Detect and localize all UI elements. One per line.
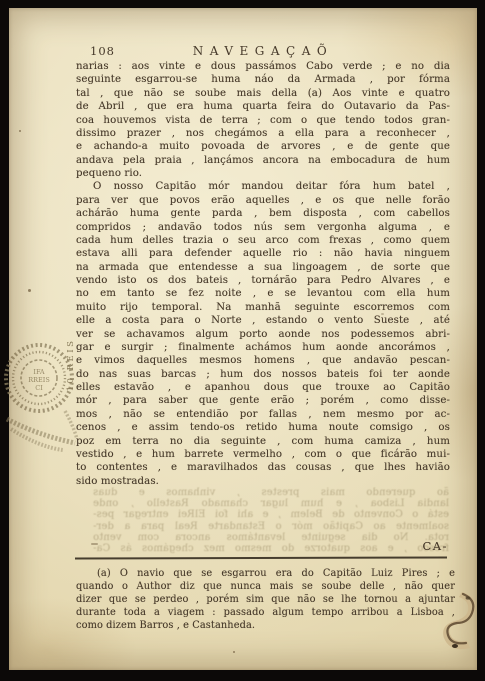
text-line: seguinte esgarrou-se huma náo da Armada … <box>76 73 450 86</box>
ghost-line: fresco , e aos quatorze do mesmo mez che… <box>93 543 449 554</box>
text-line: elles estavão , e apanhou dous que troux… <box>76 381 450 394</box>
text-line: sido mostradas. <box>76 475 450 488</box>
text-line: e vimos daquelles mesmos homens , que an… <box>76 354 450 367</box>
footnote-divider <box>75 557 447 559</box>
text-line: to contentes , e maravilhados das cousas… <box>76 461 450 474</box>
text-line: mos , não se entendião por fallas , nem … <box>76 408 450 421</box>
text-line: no em tanto se fez noite , e se levantou… <box>76 287 450 300</box>
text-line: andava pela praia , lançámos ancora na e… <box>76 154 450 167</box>
running-title: NAVEGAÇAÕ <box>76 44 450 58</box>
text-line: vendo isto os dos bateis , tornárão para… <box>76 274 450 287</box>
text-line: ver se achavamos algum porto aonde nos p… <box>76 328 450 341</box>
book-page: 108 NAVEGAÇAÕ narias : aos vinte e dous … <box>9 8 477 670</box>
text-line: estava alli para defender aquelle rio : … <box>76 247 450 260</box>
text-line: poz em terra no dia seguinte , com huma … <box>76 435 450 448</box>
text-line: e achando-a muito povoada de arvores , e… <box>76 140 450 153</box>
text-line: tal , que não se soube mais della (a) Ao… <box>76 87 450 100</box>
paragraph: narias : aos vinte e dous passámos Cabo … <box>76 60 450 180</box>
foxing-speck <box>381 313 384 315</box>
text-line: elle a costa para o Norte , estando o ve… <box>76 314 450 327</box>
revenue-stamp-text: 10 REIS <box>66 329 76 401</box>
page-photo: 108 NAVEGAÇAÕ narias : aos vinte e dous … <box>0 0 485 681</box>
footnote-line: dizer que se perdeo , porém sim que não … <box>76 593 455 606</box>
footnote-line: durante toda a viagem : passado algum te… <box>76 606 455 619</box>
text-line: achárão huma gente parda , bem disposta … <box>76 207 450 220</box>
text-line: dissimo prazer , nos chegámos a ella par… <box>76 127 450 140</box>
text-line: pequeno rio. <box>76 167 450 180</box>
text-line: O nosso Capitão mór mandou deitar fóra h… <box>76 180 450 193</box>
foxing-speck <box>19 130 21 132</box>
text-line: cada hum delles trazia o seu arco com fr… <box>76 234 450 247</box>
ghost-line: rota. No dia seguinte levantámos ancora … <box>93 532 449 543</box>
foxing-speck <box>233 651 235 653</box>
text-line: coa houvemos vista de terra ; com o que … <box>76 114 450 127</box>
text-column: 108 NAVEGAÇAÕ narias : aos vinte e dous … <box>76 44 450 488</box>
ghost-line: soalmente ao Capitão mór o Estandarte Re… <box>93 521 449 532</box>
text-line: para ver que povos erão aquelles , e os … <box>76 194 450 207</box>
text-line: narias : aos vinte e dous passámos Cabo … <box>76 60 450 73</box>
svg-text:RREIS: RREIS <box>28 376 50 384</box>
foxing-speck <box>28 289 31 292</box>
foxing-speck <box>91 543 98 545</box>
text-line: vestido , e hum barrete vermelho , com o… <box>76 448 450 461</box>
svg-text:IFA: IFA <box>33 368 45 376</box>
footnote-line: (a) O navio que se esgarrou era do Capit… <box>76 567 455 580</box>
footnote-line: quando o Author diz que nunca mais se so… <box>76 580 455 593</box>
text-line: na armada que entendesse a sua lingoagem… <box>76 261 450 274</box>
text-line: gar e surgir ; finalmente achámos hum ao… <box>76 341 450 354</box>
ghost-line: landia Lisboa , e hum lugar chamado Rast… <box>93 498 449 509</box>
text-line: mór , para saber que gente erão ; porém … <box>76 394 450 407</box>
text-line: de Abril , que era huma quarta feira do … <box>76 100 450 113</box>
svg-text:CI: CI <box>35 384 43 392</box>
ghost-line: está o Convento de Belem , e ahi foi ElR… <box>93 509 449 520</box>
catchword: CA- <box>423 539 449 553</box>
text-line: cenos , e assim tendo-os retido huma nou… <box>76 421 450 434</box>
text-line: do nas suas barcas ; hum dos nossos bate… <box>76 368 450 381</box>
page-header: 108 NAVEGAÇAÕ <box>76 44 450 59</box>
footnote: (a) O navio que se esgarrou era do Capit… <box>76 567 455 632</box>
text-line: muito rijo temporal. Na manhã seguinte e… <box>76 301 450 314</box>
paragraph: O nosso Capitão mór mandou deitar fóra h… <box>76 180 450 488</box>
bleed-through-text: ão querendo mais prestes , vinhamos e du… <box>93 487 449 554</box>
library-stamp-icon: IFA RREIS CI <box>1 333 101 463</box>
text-line: compridos ; andavão todos nús sem vergon… <box>76 221 450 234</box>
ghost-line: ão querendo mais prestes , vinhamos e du… <box>93 487 449 498</box>
paper-tear-icon <box>434 588 482 660</box>
footnote-line: como dizem Barros , e Castanheda. <box>76 619 455 632</box>
